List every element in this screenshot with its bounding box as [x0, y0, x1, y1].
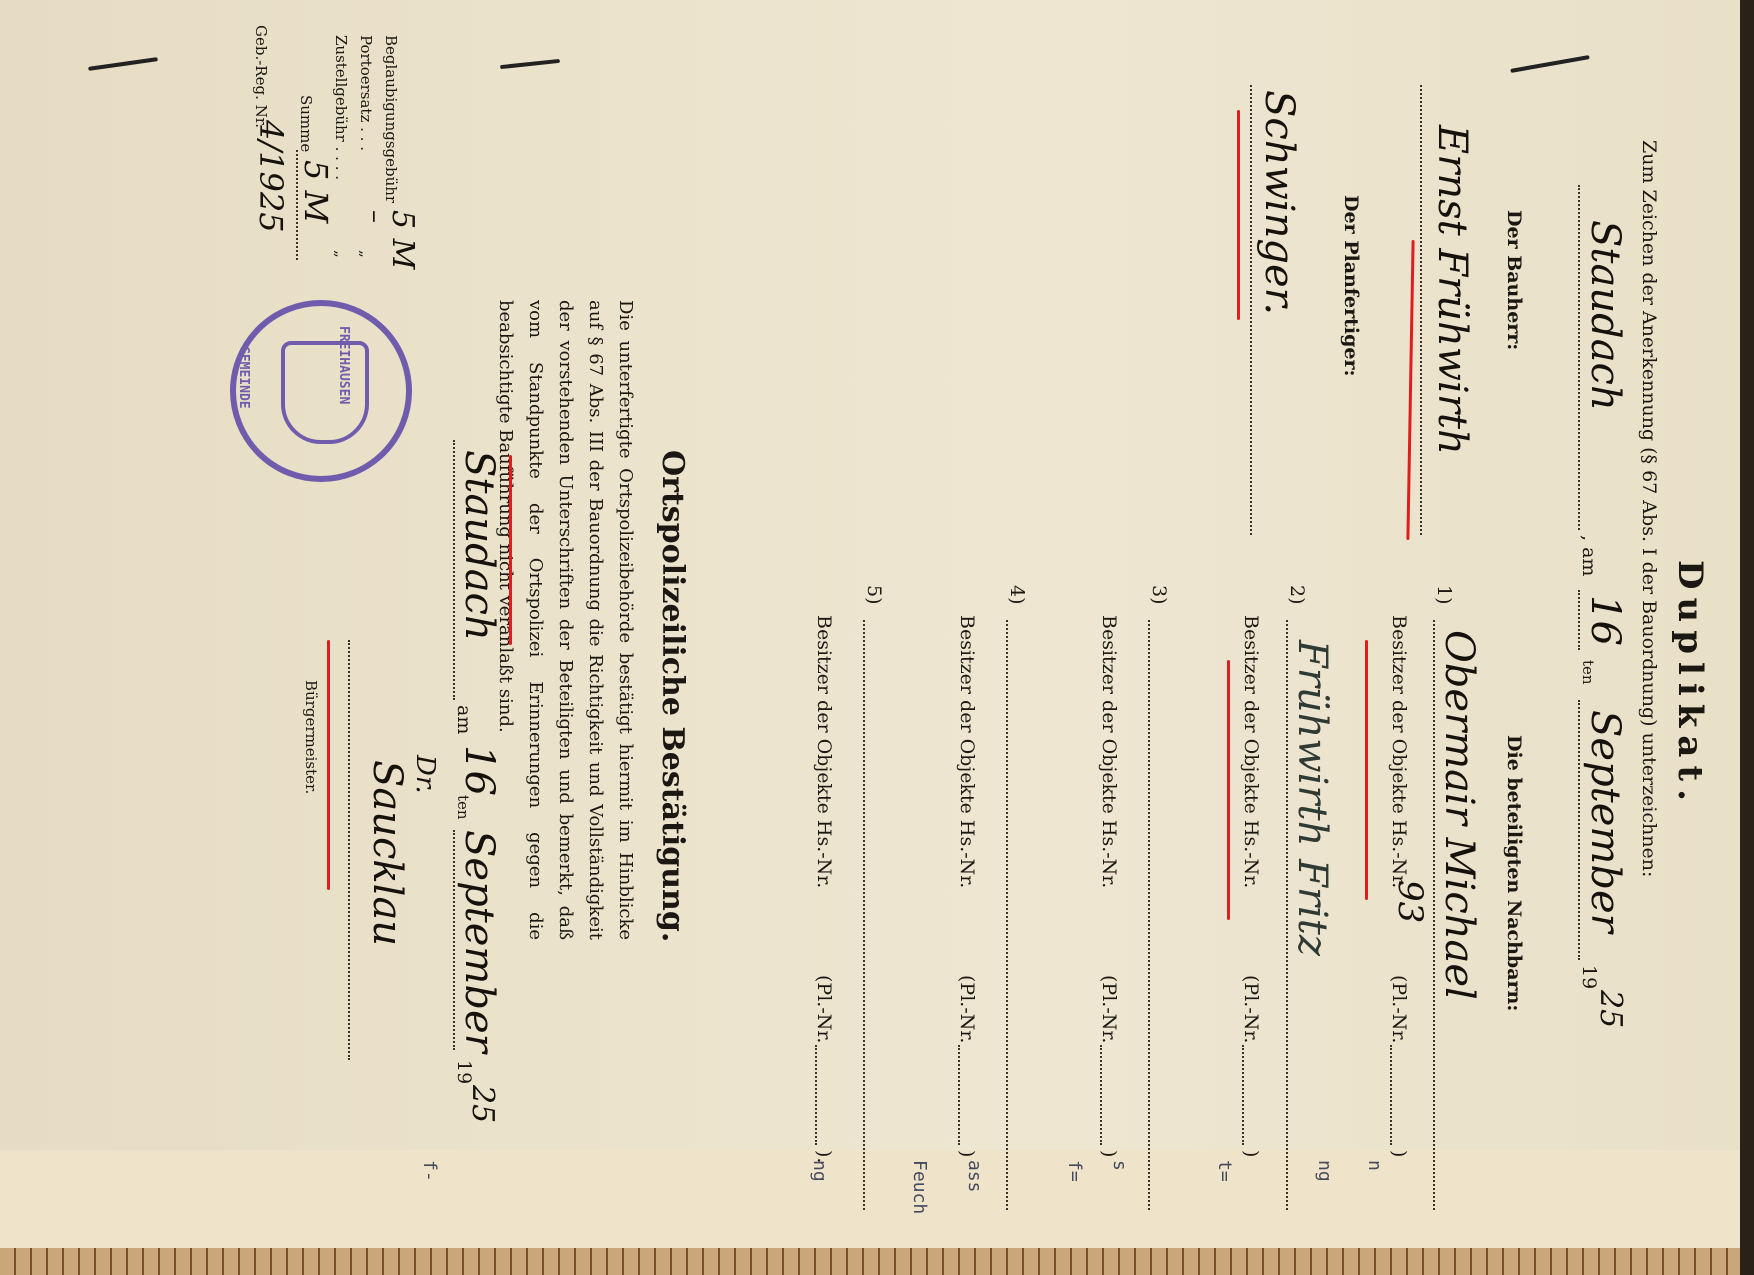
neighbor-owner-label: Besitzer der Objekte Hs.-Nr.	[1240, 615, 1262, 888]
neighbor-pl-label: (Pl.-Nr.	[956, 975, 978, 1043]
neighbor-name: Frühwirth Fritz	[1289, 640, 1335, 956]
conf-day-handwritten: 16	[456, 745, 502, 796]
neighbor-owner-label: Besitzer der Objekte Hs.-Nr.	[813, 615, 835, 888]
pl-dotline	[1100, 1045, 1102, 1145]
strip-text: ass	[964, 1160, 985, 1193]
conf-date-prefix: am	[453, 705, 475, 734]
document-title: Duplikat.	[1670, 560, 1710, 809]
conf-year-prefix: 19	[453, 1060, 475, 1084]
header-line: Zum Zeichen der Anerkennung (§ 67 Abs. I…	[1638, 140, 1660, 877]
official-stamp: FREIHAUSEN GEMEINDE	[230, 300, 412, 482]
paper-edge	[1740, 0, 1754, 1275]
fee-unit: „	[332, 250, 350, 258]
conf-place-dotline	[453, 440, 455, 700]
year-handwritten: 25	[1593, 990, 1628, 1028]
strip-text: Feuch	[909, 1160, 930, 1214]
conf-year-handwritten: 25	[465, 1085, 500, 1123]
neighbor-pl-close: )	[956, 1150, 978, 1157]
neighbor-owner-label: Besitzer der Objekte Hs.-Nr.	[1388, 615, 1410, 888]
neighbor-name: Obermair Michael	[1436, 630, 1482, 1000]
strip-text: s	[1109, 1160, 1130, 1171]
conf-day-suffix: ten	[454, 795, 472, 820]
conf-month-handwritten: September	[456, 830, 502, 1053]
day-handwritten: 16	[1582, 595, 1628, 646]
neighbor-number: 5)	[863, 585, 885, 605]
neighbor-pl-label: (Pl.-Nr.	[1240, 975, 1262, 1043]
conf-signature-prefix: Dr.	[410, 755, 440, 794]
neighbor-pl-label: (Pl.-Nr.	[1388, 975, 1410, 1043]
conf-signature: Saucklau	[364, 760, 410, 946]
strip-text: f-	[419, 1160, 440, 1182]
month-dotline	[1578, 700, 1580, 960]
fee-value: 5 M	[385, 210, 420, 269]
register-value: 4/1925	[252, 120, 290, 233]
place-handwritten: Staudach	[1582, 220, 1628, 411]
confirmation-title: Ortspolizeiliche Bestätigung.	[655, 450, 690, 942]
red-underline	[1365, 640, 1368, 900]
fee-value: –	[360, 210, 390, 223]
red-underline	[1227, 660, 1230, 920]
fee-label: Beglaubigungsgebühr	[382, 35, 400, 203]
pl-dotline	[1242, 1045, 1244, 1145]
neighbor-pl-label: (Pl.-Nr.	[1098, 975, 1120, 1043]
neighbor-name-dotline	[1286, 620, 1288, 1210]
stamp-text-top: FREIHAUSEN	[336, 326, 351, 404]
neighbor-name-dotline	[863, 620, 865, 1210]
conf-signature-dotline	[348, 640, 350, 1060]
neighbor-pl-close: )	[1098, 1150, 1120, 1157]
table-surface	[0, 1248, 1740, 1275]
neighbor-hs-nr: 93	[1390, 880, 1430, 923]
bauherr-dotline	[1420, 85, 1422, 535]
month-handwritten: September	[1582, 710, 1628, 933]
place-dotline	[1578, 185, 1580, 530]
conf-month-dotline	[453, 830, 455, 1050]
neighbor-number: 4)	[1006, 585, 1028, 605]
neighbor-name-dotline	[1433, 620, 1435, 1210]
neighbor-pl-close: )	[1240, 1150, 1262, 1157]
neighbor-number: 2)	[1286, 585, 1308, 605]
strip-text: ng	[1314, 1160, 1335, 1182]
bauherr-label: Der Bauherr:	[1503, 210, 1525, 350]
planfertiger-label: Der Planfertiger:	[1340, 195, 1362, 376]
stamp-text-bottom: GEMEINDE	[236, 346, 251, 409]
fee-label: Zustellgebühr . . . .	[332, 35, 350, 180]
red-underline	[1237, 110, 1240, 320]
day-dotline	[1578, 590, 1580, 650]
neighbor-owner-label: Besitzer der Objekte Hs.-Nr.	[956, 615, 978, 888]
strip-text: n	[1364, 1160, 1385, 1171]
red-underline	[1406, 240, 1414, 540]
day-suffix: ten	[1579, 660, 1597, 685]
sum-label: Summe	[297, 95, 315, 152]
red-underline	[509, 455, 512, 645]
pl-dotline	[1390, 1045, 1392, 1145]
neighbor-name-dotline	[1006, 620, 1008, 1210]
register-label: Geb.-Reg. Nr.	[252, 25, 270, 128]
rotated-form: Duplikat. Zum Zeichen der Anerkennung (§…	[0, 0, 1740, 1150]
neighbor-pl-close: ).	[813, 1150, 835, 1163]
year-prefix: 19	[1578, 965, 1600, 989]
fee-label: Portoersatz . . .	[357, 35, 375, 151]
signature-label: Bürgermeister.	[302, 680, 320, 794]
fee-unit: „	[357, 250, 375, 258]
red-underline	[327, 640, 330, 890]
strip-text: f=	[1064, 1160, 1085, 1182]
pl-dotline	[958, 1045, 960, 1145]
neighbors-label: Die beteiligten Nachbarn:	[1503, 735, 1525, 1011]
strip-text: t=	[1214, 1160, 1235, 1182]
neighbor-pl-close: )	[1388, 1150, 1410, 1157]
pl-dotline	[815, 1045, 817, 1145]
sum-value: 5 M	[297, 160, 335, 223]
confirmation-text: Die unterfertigte Ortspolizeibehörde bes…	[490, 300, 640, 940]
planfertiger-dotline	[1250, 85, 1252, 535]
date-prefix: , am	[1578, 535, 1600, 576]
planfertiger-name: Schwinger.	[1256, 90, 1302, 315]
bauherr-name: Ernst Frühwirth	[1429, 125, 1475, 455]
neighbor-pl-label: (Pl.-Nr.	[813, 975, 835, 1043]
neighbor-owner-label: Besitzer der Objekte Hs.-Nr.	[1098, 615, 1120, 888]
neighbor-number: 3)	[1148, 585, 1170, 605]
coat-of-arms-icon	[281, 341, 369, 444]
neighbor-number: 1)	[1433, 585, 1455, 605]
neighbor-name-dotline	[1148, 620, 1150, 1210]
conf-place-handwritten: Staudach	[456, 450, 502, 641]
